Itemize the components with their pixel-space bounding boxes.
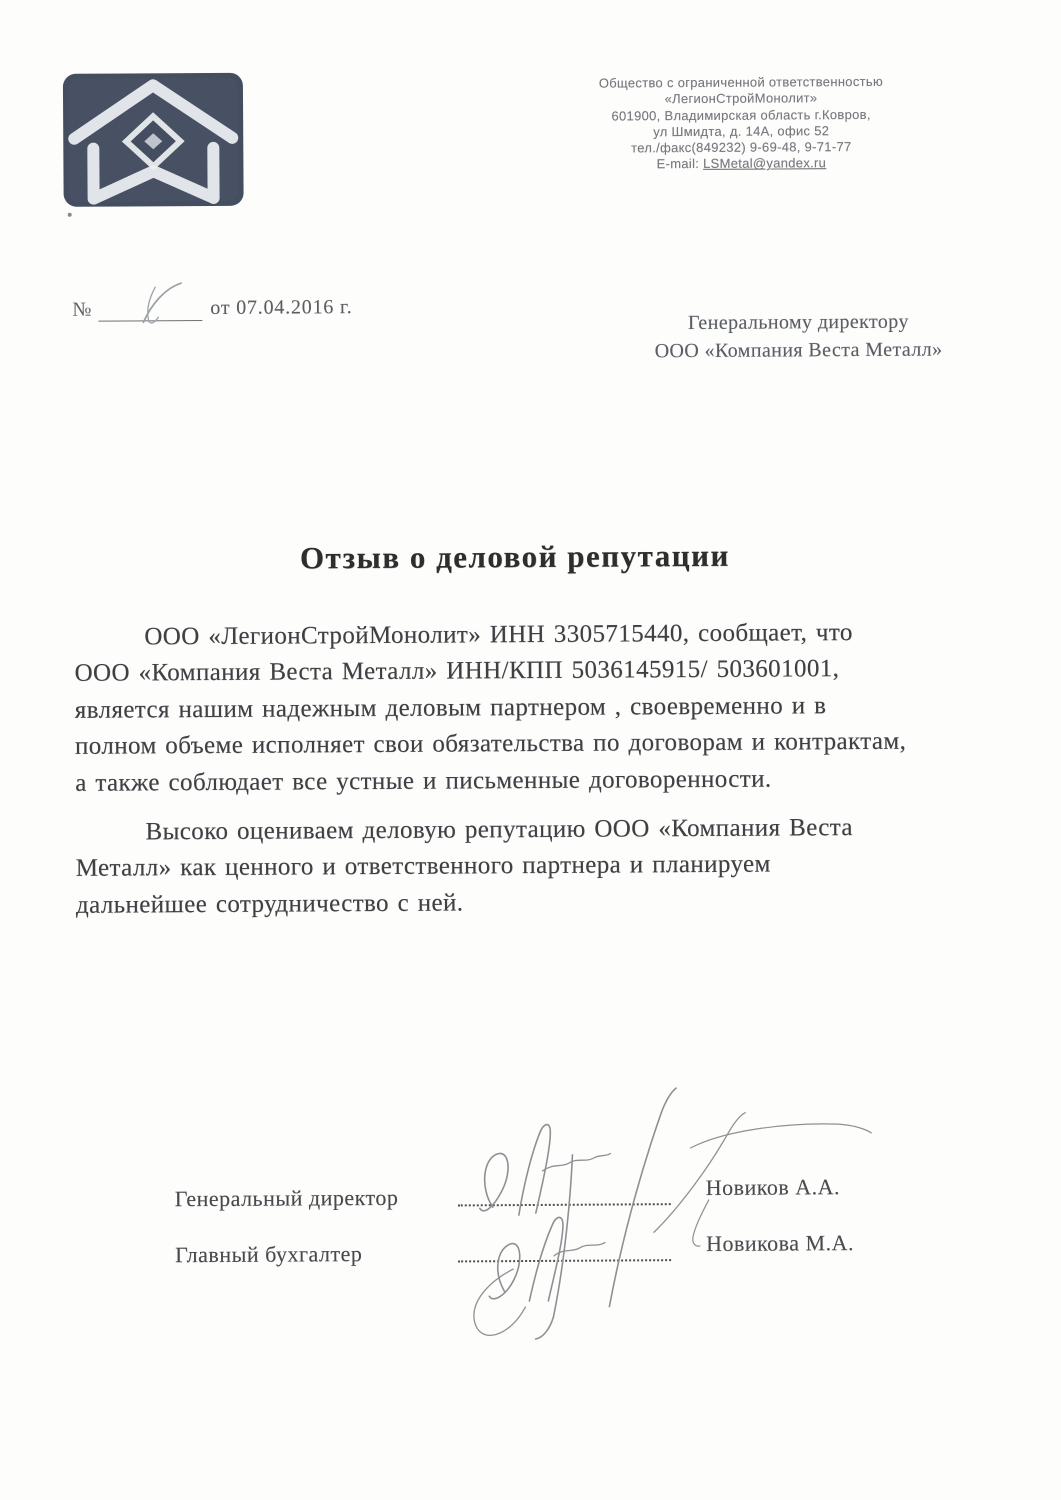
letterhead-line-email: E-mail: LSMetal@yandex.ru — [559, 155, 923, 174]
scan-content: Общество с ограниченной ответственностью… — [0, 0, 1061, 1500]
scanned-letter-page: Общество с ограниченной ответственностью… — [0, 0, 1061, 1500]
body-paragraph-1: ООО «ЛегионСтройМонолит» ИНН 3305715440,… — [74, 614, 983, 802]
letterhead-line-company-form: Общество с ограниченной ответственностью — [559, 74, 923, 93]
signature-ink — [422, 1053, 904, 1356]
company-logo — [62, 72, 245, 208]
signature-role-director: Генеральный директор — [175, 1185, 399, 1212]
document-title: Отзыв о деловой репутации — [80, 536, 950, 577]
letterhead-block: Общество с ограниченной ответственностью… — [559, 74, 924, 174]
body-paragraph-2: Высоко оцениваем деловую репутацию ООО «… — [75, 809, 984, 924]
addressee-company: ООО «Компания Веста Металл» — [635, 336, 961, 365]
email-label: E-mail: — [657, 156, 704, 171]
addressee-position: Генеральному директору — [635, 308, 961, 337]
email-address: LSMetal@yandex.ru — [703, 156, 826, 172]
reference-date: от 07.04.2016 г. — [210, 296, 352, 320]
scan-artifact-dot — [68, 213, 72, 217]
reference-number-sign: № — [72, 299, 91, 322]
handwritten-number-ink — [125, 278, 209, 331]
letterhead-line-address-1: 601900, Владимирская область г.Ковров, — [559, 106, 923, 125]
addressee-block: Генеральному директору ООО «Компания Вес… — [635, 308, 961, 365]
signature-role-accountant: Главный бухгалтер — [175, 1241, 362, 1268]
